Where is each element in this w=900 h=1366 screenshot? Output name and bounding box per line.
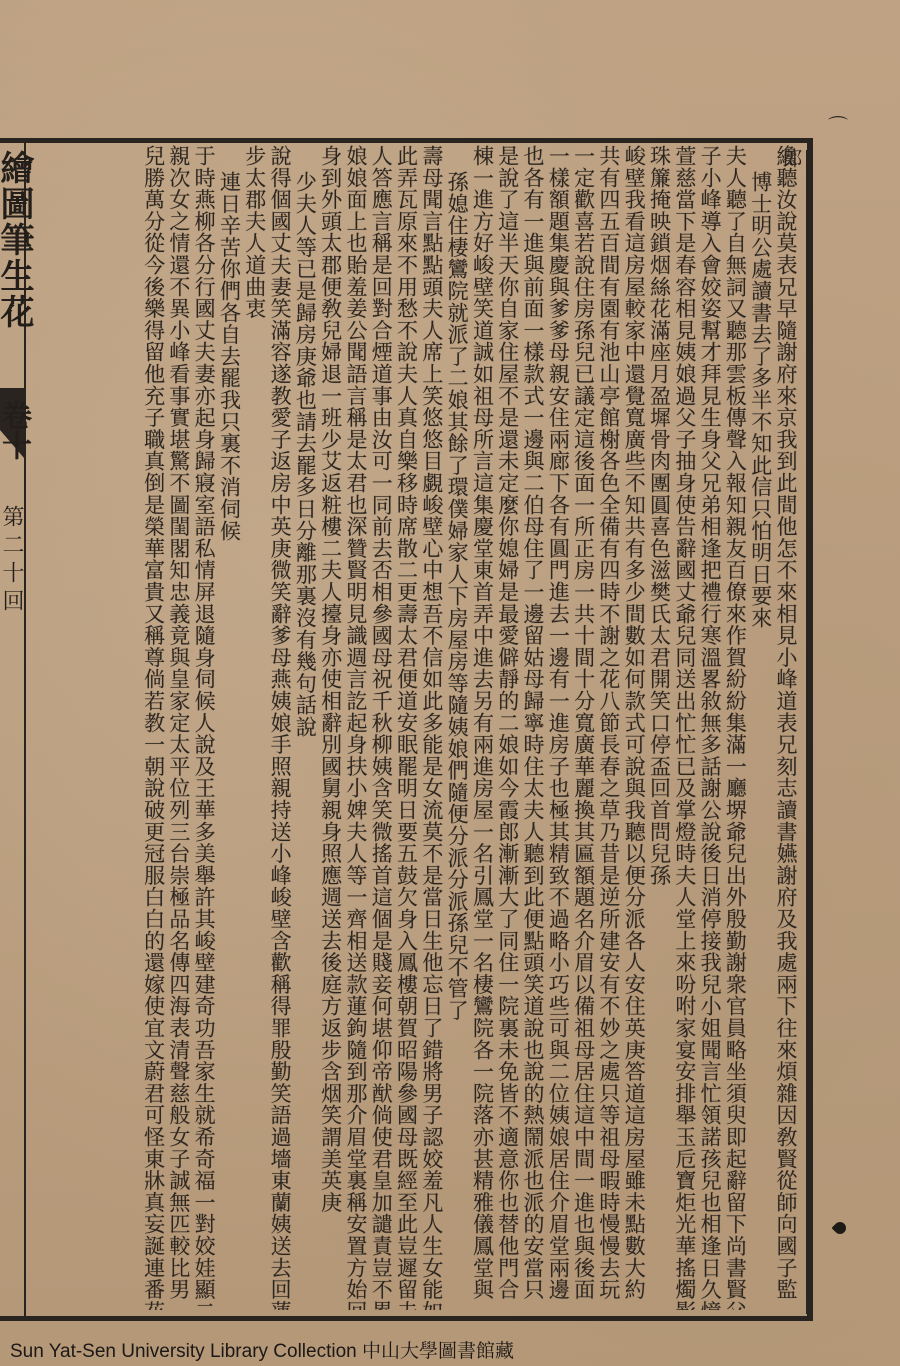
text-column: 也各有一進與前面一樣款式一邊與二伯母住了一邊留姑母歸寧時住太夫人聽到此便點頭笑道…	[520, 145, 545, 1310]
text-column: 是說了這半天你自家住屋不是還未定麼你媳婦是最愛僻靜的二娘如今霞郎漸漸大了同住一院…	[494, 145, 519, 1310]
text-column: 于時燕柳各分行國丈夫妻亦起身歸寢室語私情屏退隨身伺候人說及王華多美舉許其峻壁建奇…	[191, 145, 216, 1310]
text-column: 夫人聽了自無詞又聽那雲板傳聲入報知親友百僚來作賀紛紛集滿一廳堺爺兒出外殷勤謝衆官…	[722, 145, 747, 1310]
text-column: 娘娘面上也貽羞姜公聞語言稱是太君也深贊賢明見識週言訖起身扶小婢夫人等一齊相送款蓮…	[343, 145, 368, 1310]
volume-label: 卷十	[0, 400, 30, 460]
chapter-label: 第二十回	[0, 505, 24, 617]
text-column: 萱慈當下是春容相見姨娘過父子抽身使告辭國丈爺兒同送出忙忙已及掌燈時夫人堂上來吩咐…	[672, 145, 697, 1310]
text-column: 親次女之情還不異小峰看事實堪驚不圖閨閣知忠義竟與皇家定太平位列三台崇極品名傳四海…	[166, 145, 191, 1310]
text-column: 珠簾掩映鎖烟絲花滿座月盈墀骨肉團圓喜色滋樊氏太君開笑口停盃回首問兒孫	[646, 145, 671, 1310]
text-column: 峻壁我看這房屋較家中還覺寬廣些不知共有多少間數如何款式可說與我聽以便分派各人安住…	[621, 145, 646, 1310]
text-column: 少夫人等已是歸房庚爺也請去罷多日分離那裏沒有幾句話說	[292, 145, 317, 1310]
text-column: 纔聽汝說莫表兄早隨謝府來京我到此間他怎不來相見小峰道表兄刻志讀書嬿謝府及我處兩下…	[773, 145, 798, 1310]
text-column: 棟一進方好峻壁笑道誠如祖母所言這集慶堂東首弄中進去另有兩進房屋一名引鳳堂一名棲鸞…	[469, 145, 494, 1310]
text-column: 人答應言稱是回對合煙道事由汝可一同前去否相參國母祝千秋柳姨含笑微搖首這個是賤妾何…	[368, 145, 393, 1310]
text-column: 身到外頭太郡便敎兒婦退一班少艾返粧樓二夫人擡身亦使相辭別國舅親身照應週送去後庭方…	[317, 145, 342, 1310]
text-column: 一定歡喜若說住房孫兒已議定這後面一所正房一共十間十分寬廣華麗換其匾額題名介眉以備…	[570, 145, 595, 1310]
ink-blot-icon	[832, 1220, 849, 1237]
page-frame-inner-line	[806, 150, 808, 1314]
binding-mark-icon: ⌒	[828, 116, 848, 136]
main-text-body: 纔聽汝說莫表兄早隨謝府來京我到此間他怎不來相見小峰道表兄刻志讀書嬿謝府及我處兩下…	[28, 145, 804, 1315]
text-column: 壽母聞言點點頭夫人席上笑悠悠目覷峻壁心中想吾不信如此多能是女流莫不是當日生他忘日…	[419, 145, 444, 1310]
text-column: 此弄瓦原來不用愁不說夫人真自樂移時席散二更壽太君便道安眠罷明日要五鼓欠身入鳳樓朝…	[393, 145, 418, 1310]
text-column: 博士明公處讀書去了多半不知此信只怕明日要來	[747, 145, 772, 1310]
scanned-book-page: 繪圖筆生花 卷十 第二十回 郎 ⌒ 纔聽汝說莫表兄早隨謝府來京我到此間他怎不來相…	[0, 0, 900, 1366]
text-column: 說得個國丈夫妻笑滿容遂教愛子返房中英庚微笑辭爹母燕姨娘手照親持送小峰峻壁含歡稱得…	[267, 145, 292, 1310]
text-column: 一樣額題集慶與爹爹母親安住兩廊下各有圓門進去一邊有一進房子也極其精致不過略小巧些…	[545, 145, 570, 1310]
text-column: 孫媳住棲鸞院就派了二娘其餘了環僕婦家人下房屋房等隨姨娘們隨便分派分派孫兒不管了	[444, 145, 469, 1310]
collection-watermark: Sun Yat-Sen University Library Collectio…	[10, 1336, 514, 1363]
text-column: 步太郡夫人道曲衷	[241, 145, 266, 1310]
text-column: 兒勝萬分從今後樂得留他充子職真倒是榮華富貴又稱尊倘若教一朝說破更冠服白白的還嫁使…	[140, 145, 165, 1310]
text-column: 共有四五百間有園有池山亭館榭各色全備有四時不謝之花八節長春之草乃昔是逆所建安有不…	[596, 145, 621, 1310]
text-column: 子小峰導入會姣姿幫才拜見生身父兄弟相逢把禮行寒溫畧敘無多話謝公說後日消停接我兒小…	[697, 145, 722, 1310]
text-column: 連日辛苦你們各自去罷我只裏不消伺候	[216, 145, 241, 1310]
